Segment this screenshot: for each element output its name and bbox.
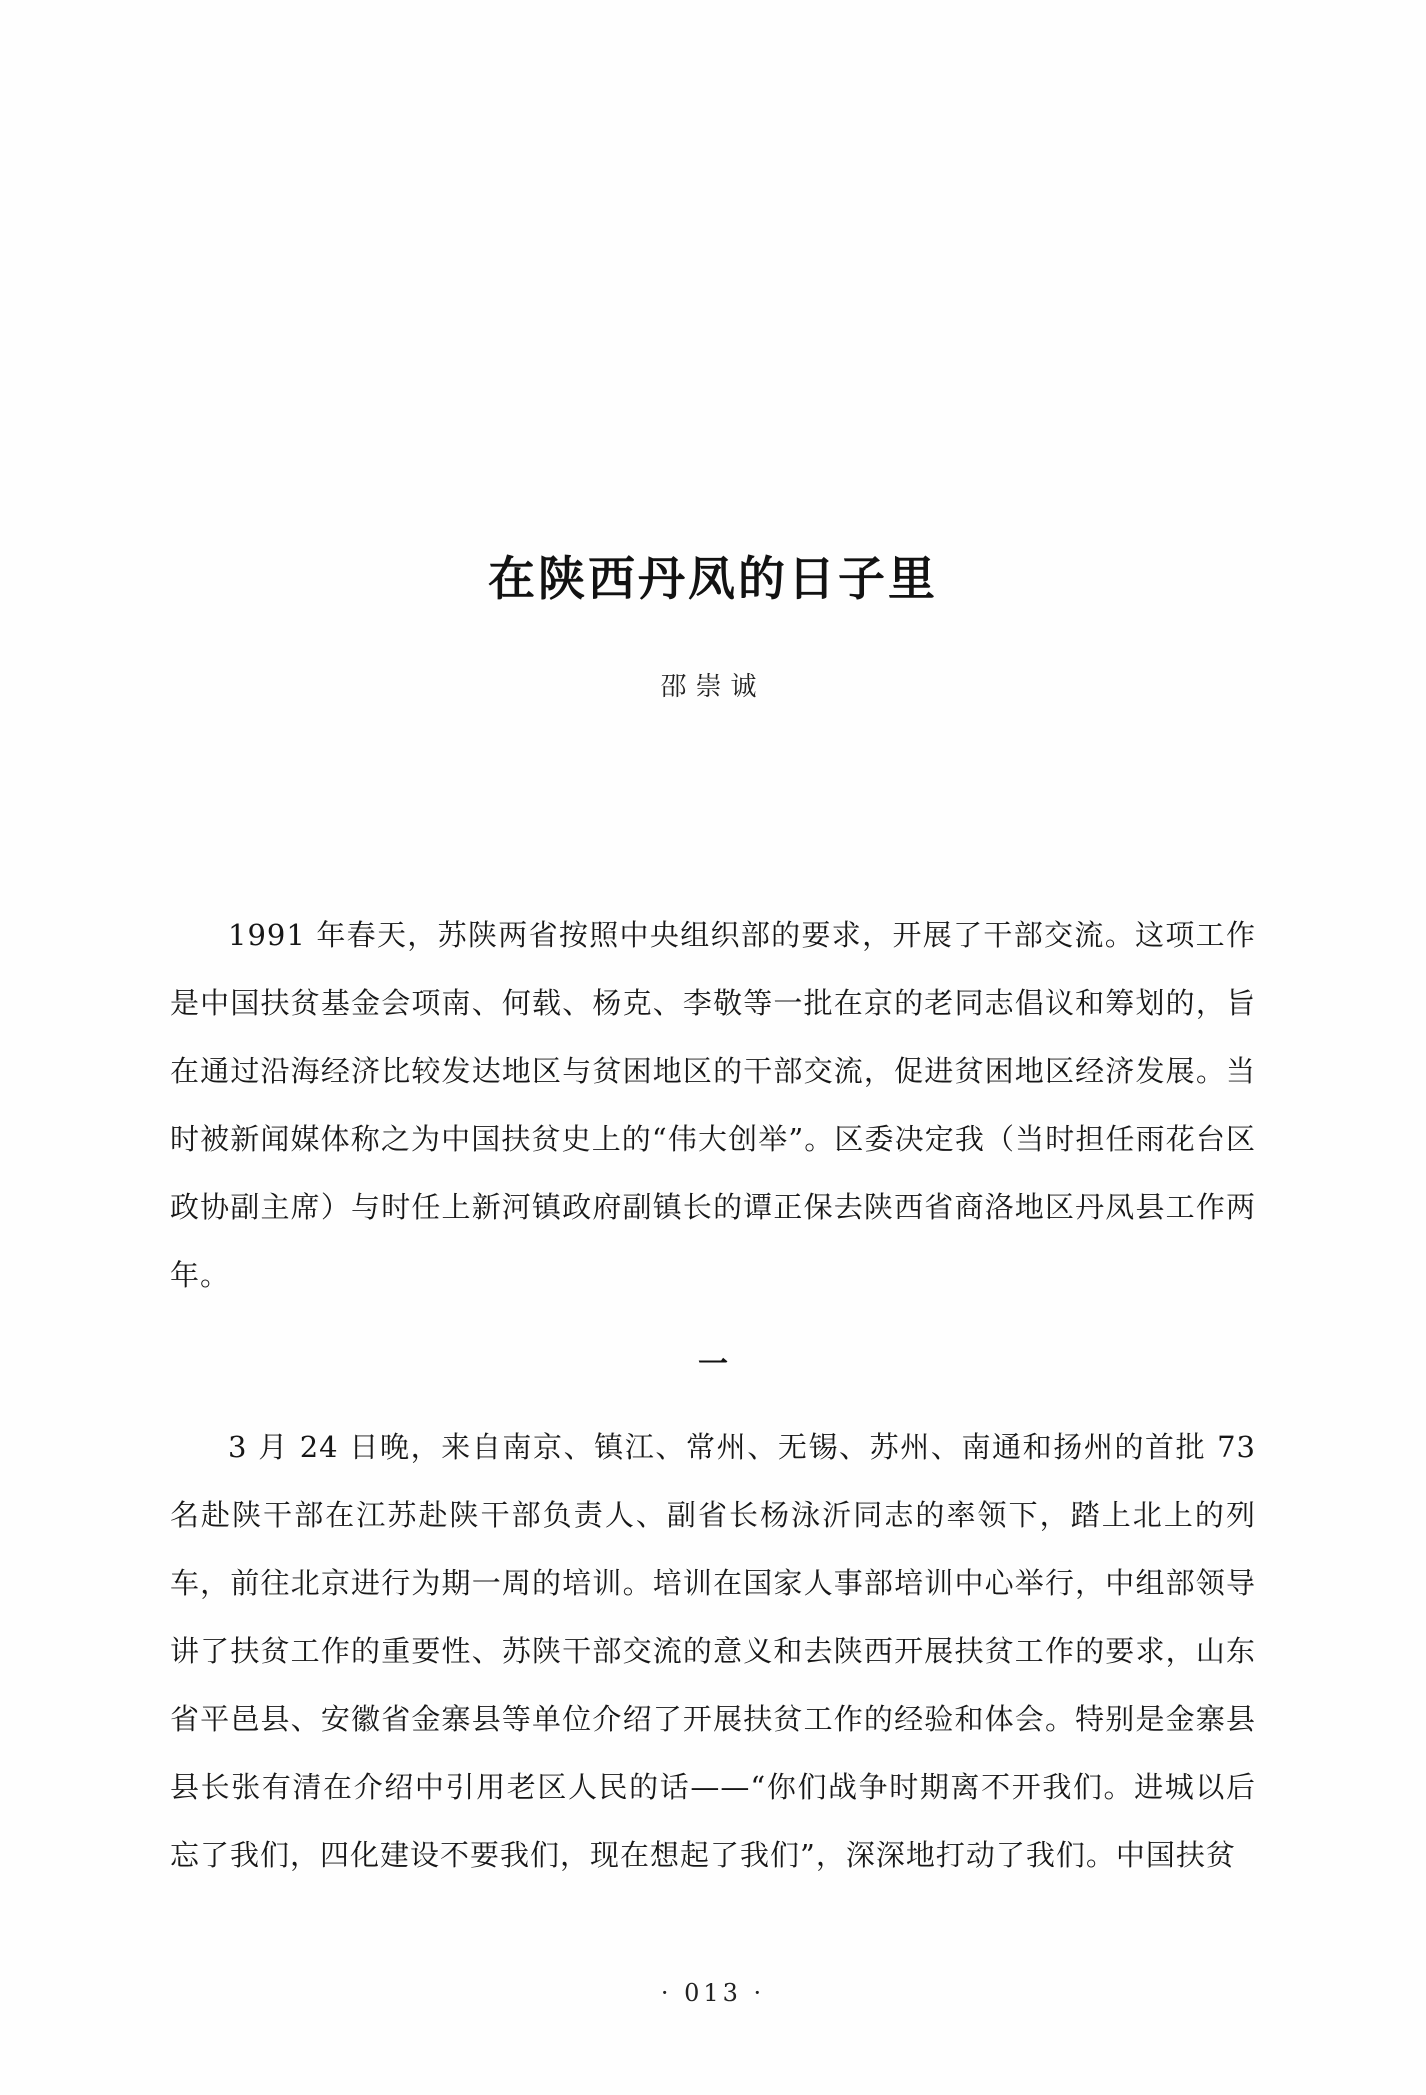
author-name: 邵崇诚 xyxy=(0,666,1426,703)
page-number: · 013 · xyxy=(0,1979,1426,2007)
paragraph-1: 1991 年春天，苏陕两省按照中央组织部的要求，开展了干部交流。这项工作是中国扶… xyxy=(170,901,1256,1309)
paragraph-2: 3 月 24 日晚，来自南京、镇江、常州、无锡、苏州、南通和扬州的首批 73 名… xyxy=(170,1413,1256,1889)
book-page: 在陕西丹凤的日子里 邵崇诚 1991 年春天，苏陕两省按照中央组织部的要求，开展… xyxy=(0,0,1426,2095)
page-title: 在陕西丹凤的日子里 xyxy=(0,0,1426,608)
section-divider: 一 xyxy=(170,1331,1256,1399)
body-text: 1991 年春天，苏陕两省按照中央组织部的要求，开展了干部交流。这项工作是中国扶… xyxy=(170,703,1256,1889)
